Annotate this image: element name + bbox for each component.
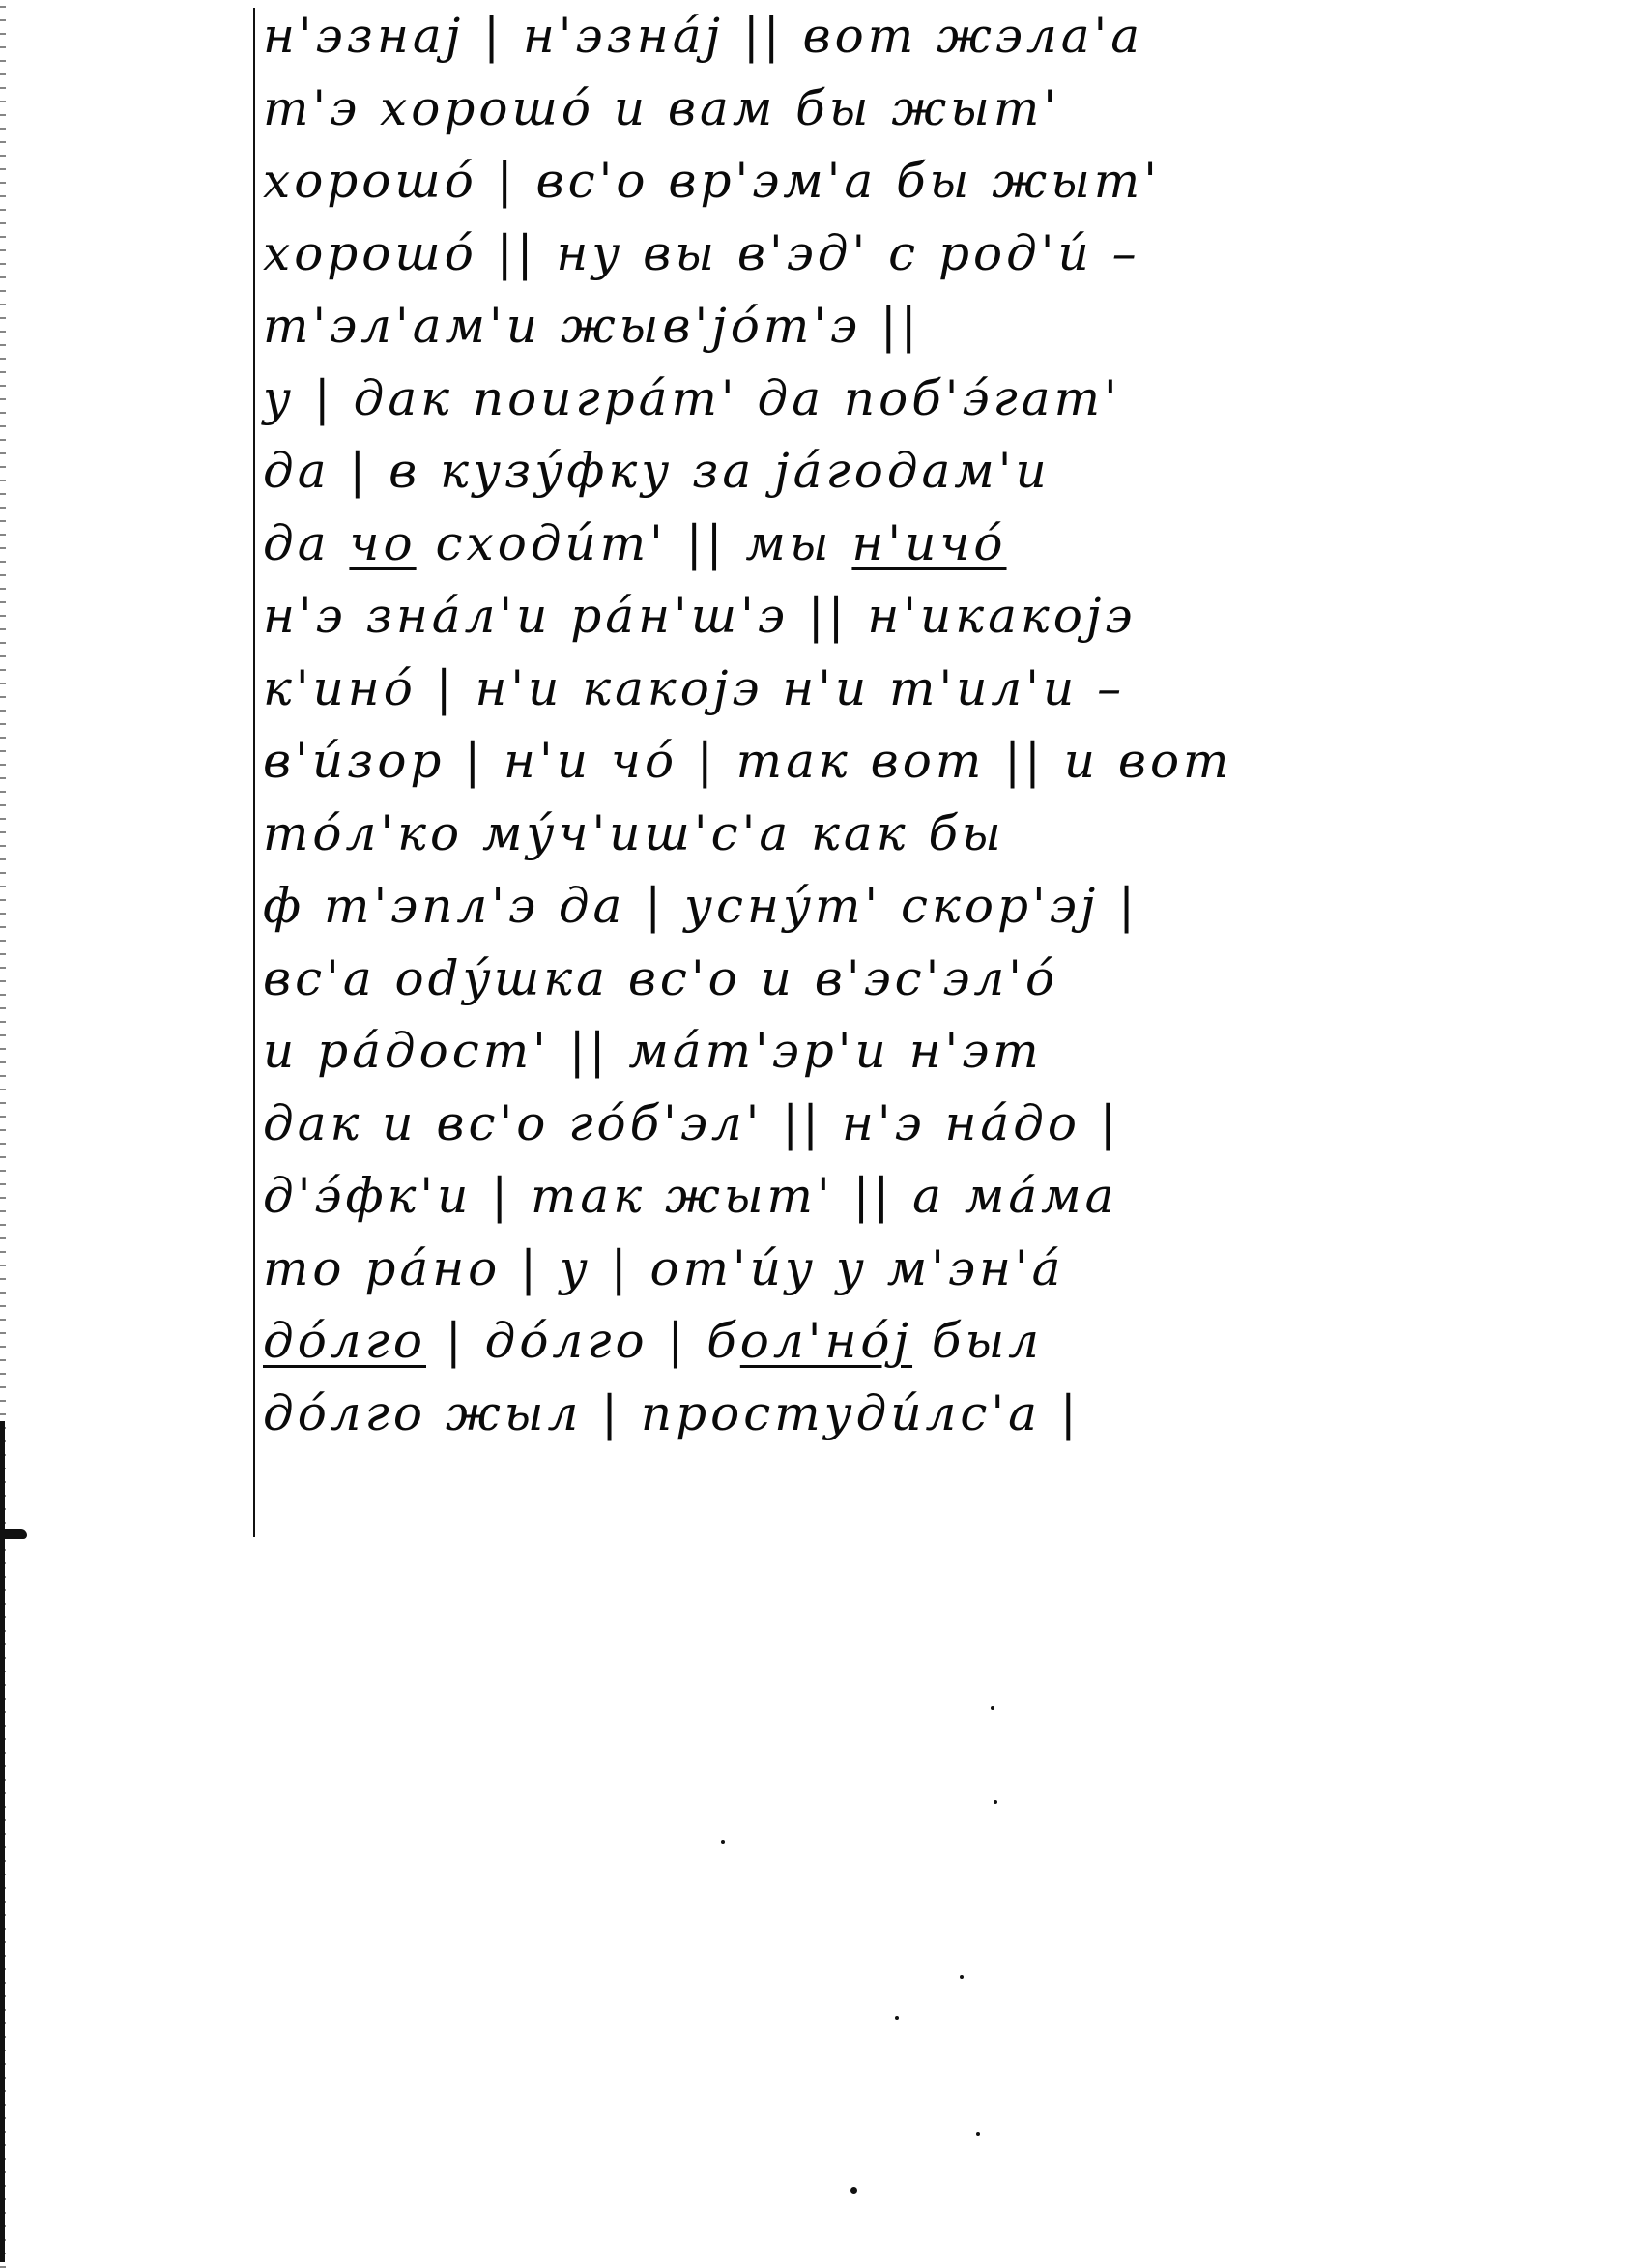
scan-speck [850,2187,857,2194]
scan-speck [991,1706,994,1710]
line-text: вс'а odýшка вс'о и в'эс'эл'о́ [263,950,1058,1006]
line-text: то ра́но | у | от'и́у у м'эн'а́ [263,1240,1064,1296]
line-text: да | в кузу́фку за jа́годам'и [263,443,1051,499]
line-text: в'и́зор | н'и чо́ | так вот || и вот [263,733,1232,789]
transcription-line: то ра́но | у | от'и́у у м'эн'а́ [263,1233,1287,1305]
line-text: т'э хорошо́ и вам бы жыт' [263,80,1060,136]
transcription-line: дак и вс'о го́б'эл' || н'э на́до | [263,1088,1287,1160]
line-text: т'эл'ам'и жыв'jо́т'э || [263,298,921,354]
underlined-word: чо [349,515,416,571]
line-text: н'э зна́л'и ра́н'ш'э || н'икакоjэ [263,588,1136,644]
scanner-edge-blot [0,1529,27,1539]
scan-speck [994,1800,997,1804]
line-text: и ра́дост' || ма́т'эр'и н'эт [263,1023,1043,1079]
transcription-line: да чо сходи́т' || мы н'ичо́ [263,508,1287,580]
line-text: до́лго жыл | простуди́лс'а | [263,1385,1081,1441]
transcription-line: т'э хорошо́ и вам бы жыт' [263,73,1287,145]
scan-speck [960,1975,964,1979]
line-text: дак и вс'о го́б'эл' || н'э на́до | [263,1095,1120,1151]
line-text: да [263,515,349,571]
underlined-word: н'ичо́ [851,515,1006,571]
scanner-edge-shadow [0,1421,5,2262]
transcription-line: к'ино́ | н'и какоjэ н'и т'ил'и – [263,653,1287,725]
scan-speck [895,2016,899,2020]
line-text: | до́лго | б [426,1313,740,1369]
line-text: д'э́фк'и | так жыт' || а ма́ма [263,1168,1117,1224]
scanned-page: н'эзнаj | н'эзна́j || вот жэла'ат'э хоро… [0,0,1643,2268]
line-text: был [912,1313,1043,1369]
line-text: н'эзнаj | н'эзна́j || вот жэла'а [263,8,1143,64]
transcription-line: т'эл'ам'и жыв'jо́т'э || [263,290,1287,363]
transcription-line: д'э́фк'и | так жыт' || а ма́ма [263,1160,1287,1233]
transcription-line: и ра́дост' || ма́т'эр'и н'эт [263,1015,1287,1088]
transcription-line: хорошо́ | вс'о вр'эм'а бы жыт' [263,145,1287,218]
line-text: у | дак поигра́т' да поб'э́гат' [263,370,1121,426]
transcription-line: в'и́зор | н'и чо́ | так вот || и вот [263,725,1287,798]
transcription-line: вс'а odýшка вс'о и в'эс'эл'о́ [263,943,1287,1015]
scan-speck [721,1840,725,1844]
transcription-line: да | в кузу́фку за jа́годам'и [263,435,1287,508]
line-text: то́л'ко му́ч'иш'с'а как бы [263,805,1005,861]
margin-rule [253,8,255,1537]
handwritten-transcription: н'эзнаj | н'эзна́j || вот жэла'ат'э хоро… [263,0,1287,1450]
line-text: сходи́т' || мы [417,515,852,571]
line-text: ф т'эпл'э да | усну́т' скор'эj | [263,878,1139,934]
transcription-line: н'эзнаj | н'эзна́j || вот жэла'а [263,0,1287,73]
line-text: хорошо́ | вс'о вр'эм'а бы жыт' [263,153,1161,209]
transcription-line: до́лго | до́лго | бол'но́j был [263,1305,1287,1378]
transcription-line: то́л'ко му́ч'иш'с'а как бы [263,798,1287,870]
underlined-word: до́лго [263,1313,426,1369]
transcription-line: ф т'эпл'э да | усну́т' скор'эj | [263,870,1287,943]
transcription-line: у | дак поигра́т' да поб'э́гат' [263,363,1287,435]
underlined-word: ол'но́j [740,1313,912,1369]
transcription-line: н'э зна́л'и ра́н'ш'э || н'икакоjэ [263,580,1287,653]
transcription-line: хорошо́ || ну вы в'эд' с род'и́ – [263,218,1287,290]
line-text: к'ино́ | н'и какоjэ н'и т'ил'и – [263,660,1125,716]
line-text: хорошо́ || ну вы в'эд' с род'и́ – [263,225,1140,281]
scan-speck [976,2132,980,2136]
transcription-line: до́лго жыл | простуди́лс'а | [263,1378,1287,1450]
